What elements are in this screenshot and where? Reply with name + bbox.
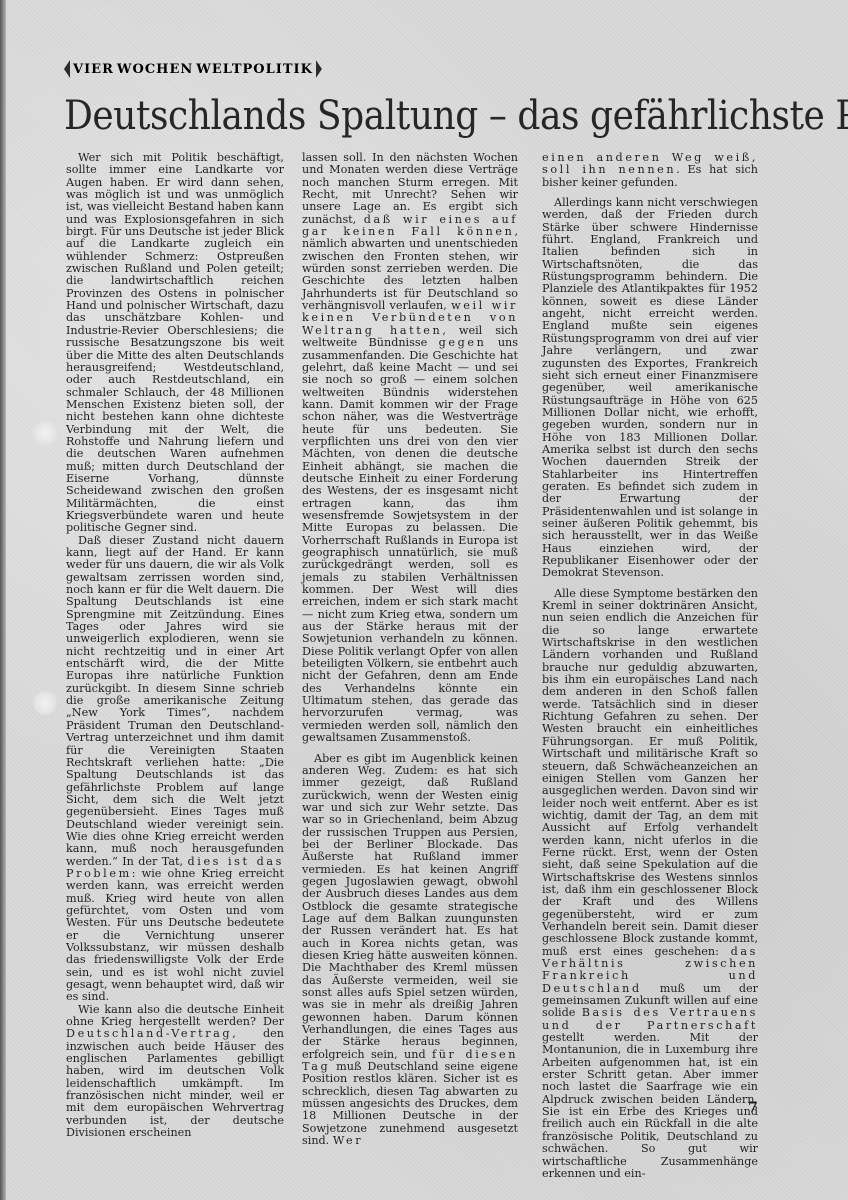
paragraph: Aber es gibt im Augenblick keinen andere…	[302, 753, 518, 1148]
paragraph: Wer sich mit Politik beschäftigt, sollte…	[66, 152, 284, 535]
paragraph-text: Daß dieser Zustand nicht dauern kann, li…	[66, 534, 284, 868]
paragraph: Allerdings kann nicht verschwiegen werde…	[542, 197, 758, 580]
article-column-3: einen anderen Weg weiß, soll ihn nennen.…	[542, 152, 758, 1180]
paragraph: lassen soll. In den nächsten Wochen und …	[302, 152, 518, 745]
magazine-page: VIER WOCHEN WELTPOLITIK Deutschlands Spa…	[6, 0, 848, 1200]
paragraph: einen anderen Weg weiß, soll ihn nennen.…	[542, 152, 758, 189]
punch-hole	[32, 420, 58, 446]
paragraph-text: uns zusammenfanden. Die Geschichte hat g…	[302, 336, 518, 744]
paragraph: Wie kann also die deutsche Einheit ohne …	[66, 1004, 284, 1140]
paragraph-text: , den inzwischen auch beide Häuser des e…	[66, 1027, 284, 1139]
article-column-1: Wer sich mit Politik beschäftigt, sollte…	[66, 152, 284, 1140]
page-number: 7	[748, 1100, 758, 1116]
emphasis-spaced: gegen	[439, 336, 487, 349]
kicker-word: WELTPOLITIK	[196, 62, 313, 77]
paragraph-text: : wie ohne Krieg erreicht werden kann, w…	[66, 867, 284, 1003]
paragraph-text: Aber es gibt im Augenblick keinen andere…	[302, 752, 518, 1061]
article-headline: Deutschlands Spaltung – das gefährlichst…	[64, 92, 730, 140]
emphasis-spaced: Deutschland-Vertrag	[66, 1027, 232, 1040]
kicker-ornament-left	[64, 60, 70, 78]
punch-hole	[32, 690, 58, 716]
section-kicker: VIER WOCHEN WELTPOLITIK	[64, 58, 322, 80]
paragraph: Daß dieser Zustand nicht dauern kann, li…	[66, 535, 284, 1004]
kicker-ornament-right	[316, 60, 322, 78]
kicker-word: WOCHEN	[117, 62, 193, 77]
emphasis-spaced: Wer	[333, 1134, 363, 1147]
kicker-word: VIER	[73, 62, 114, 77]
paragraph: Alle diese Symptome bestärken den Kreml …	[542, 588, 758, 1181]
article-column-2: lassen soll. In den nächsten Wochen und …	[302, 152, 518, 1148]
paragraph-text: Wie kann also die deutsche Einheit ohne …	[66, 1003, 284, 1028]
paragraph-text: Alle diese Symptome bestärken den Kreml …	[542, 587, 758, 958]
paragraph-text: gestellt werden. Mit der Montanunion, di…	[542, 1031, 758, 1180]
